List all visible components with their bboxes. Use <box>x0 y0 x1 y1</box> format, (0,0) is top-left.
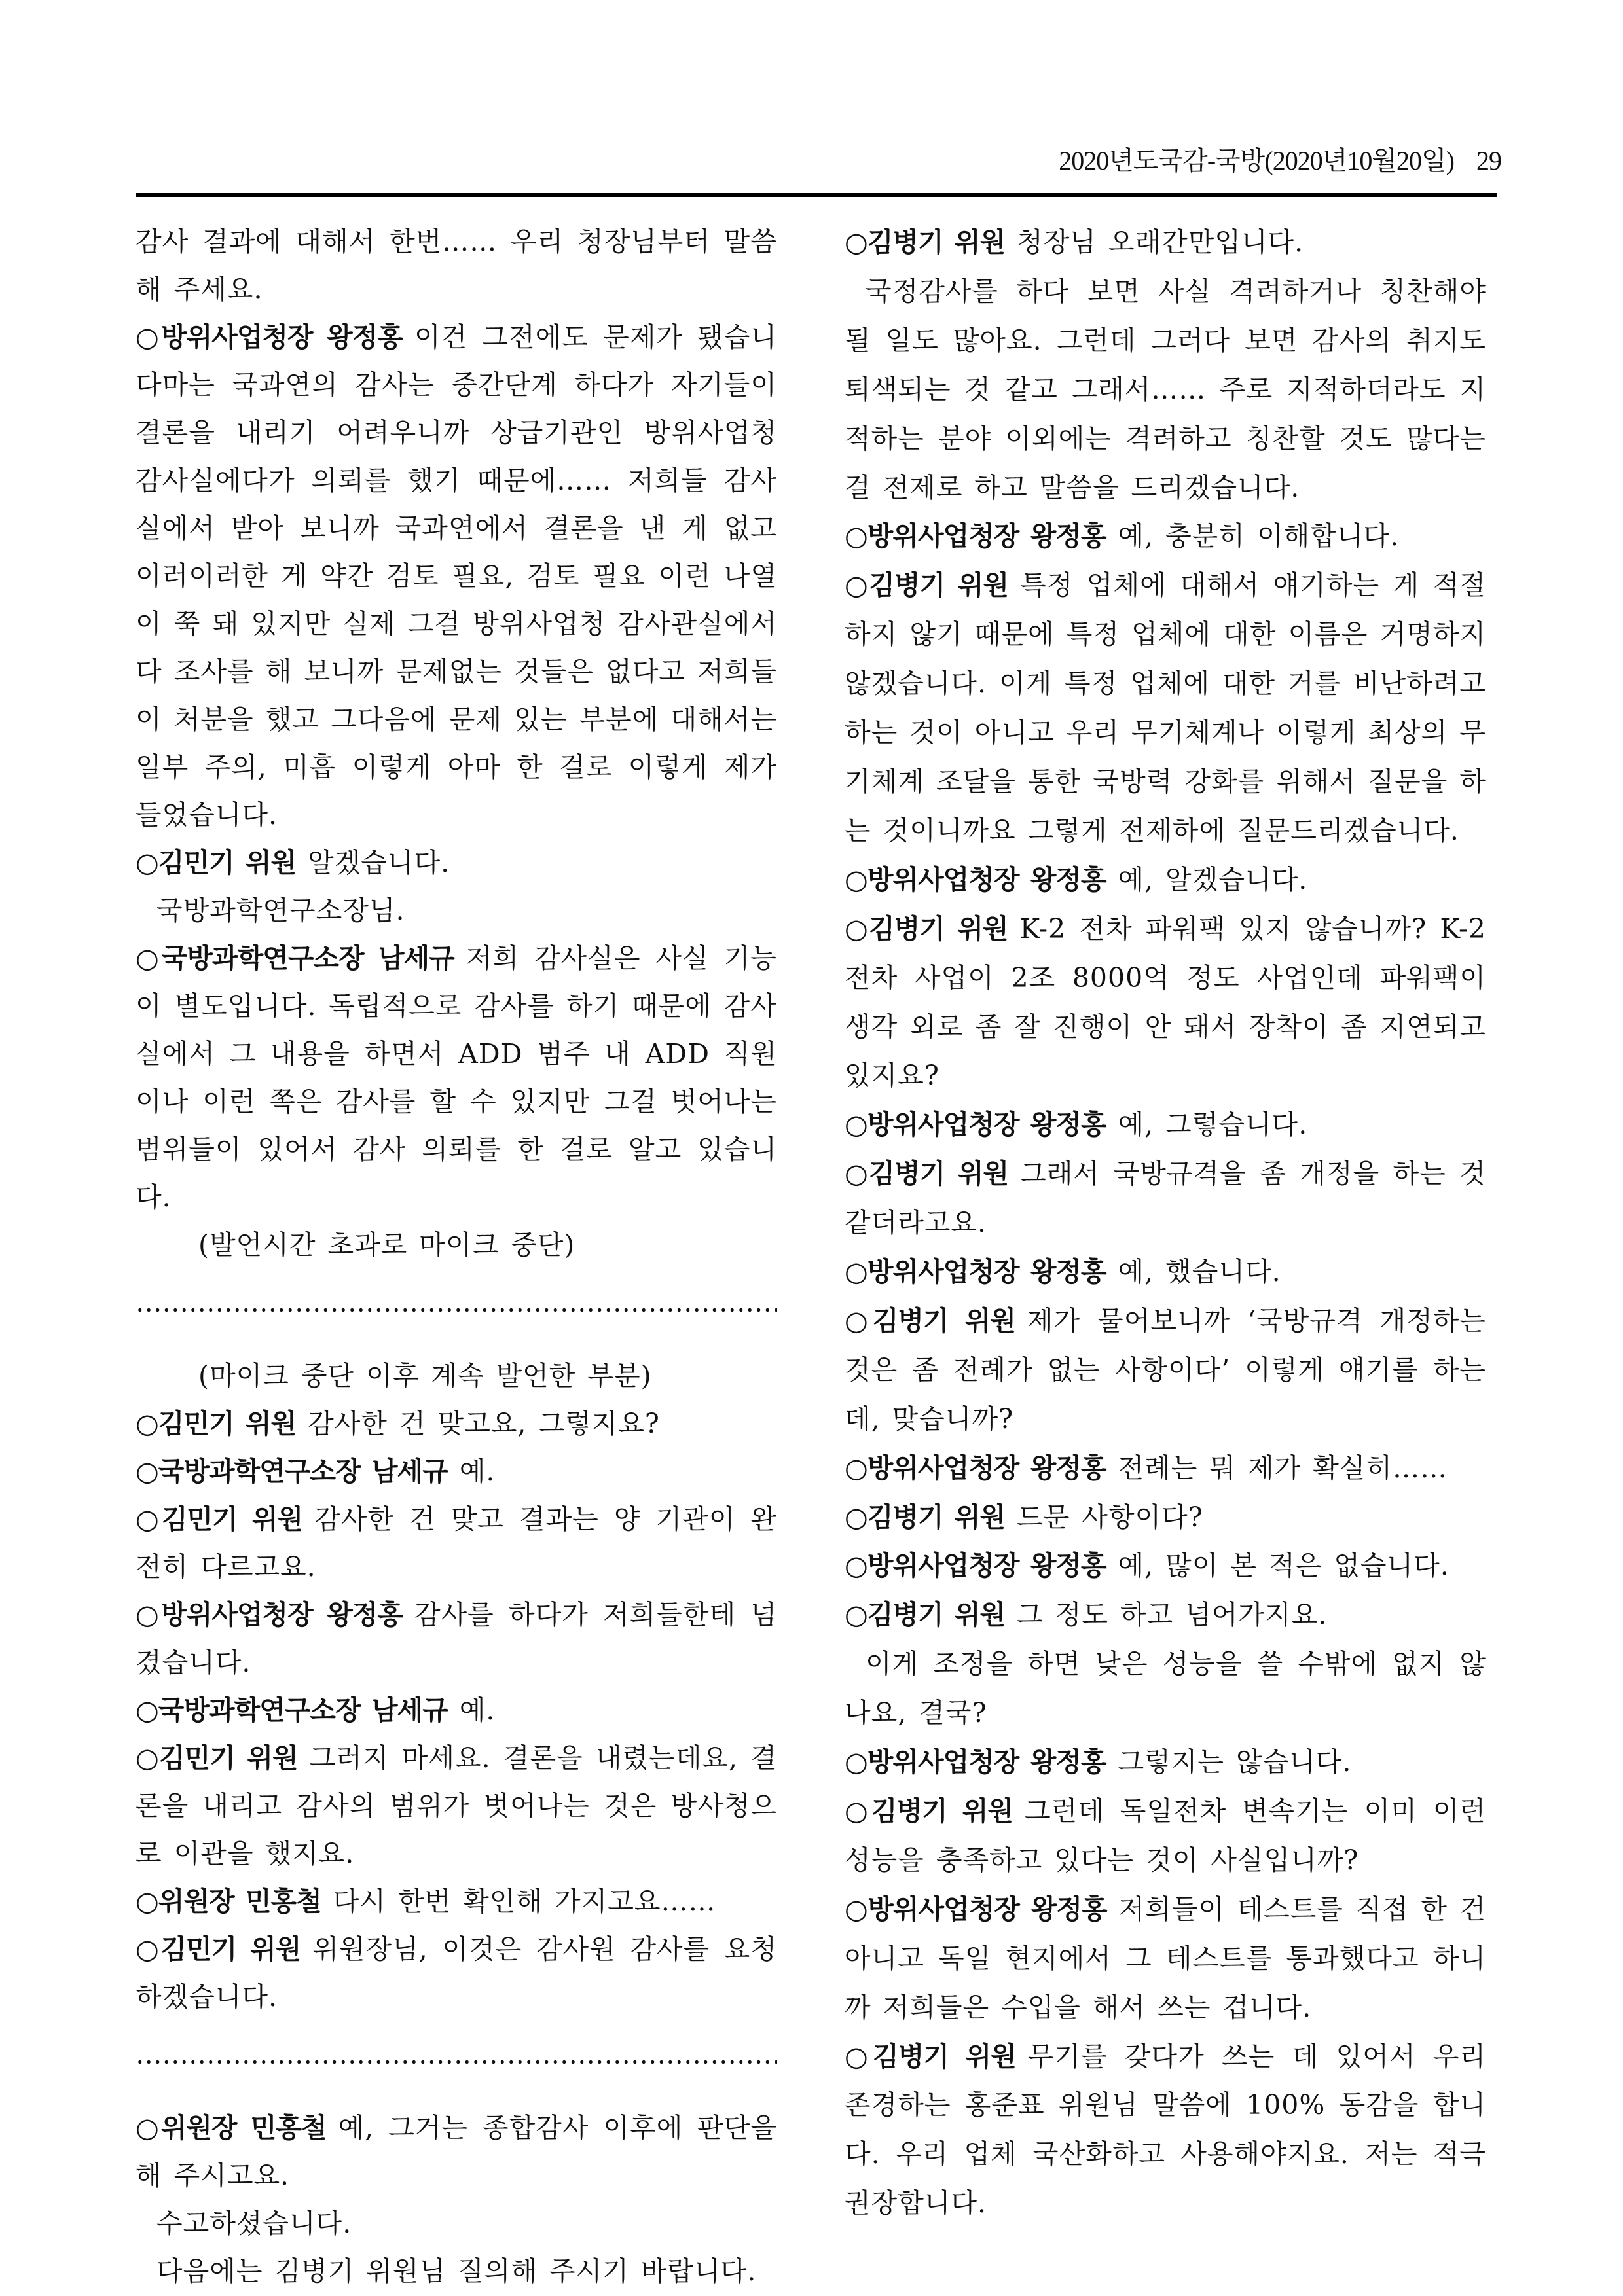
speaker-label: ○방위사업청장 왕정홍 <box>136 1599 403 1630</box>
speaker-name: 김병기 위원 <box>867 1599 1005 1630</box>
speaker-circle-icon: ○ <box>845 1795 871 1827</box>
speaker-circle-icon: ○ <box>845 913 869 944</box>
speaker-circle-icon: ○ <box>845 864 867 895</box>
paragraph-text: 그렇지는 않습니다. <box>1118 1746 1352 1778</box>
paragraph-text: 예. <box>460 1695 496 1726</box>
speaker-name: 방위사업청장 왕정홍 <box>867 864 1106 895</box>
paragraph-text: 감사한 건 맞고요, 그렇지요? <box>308 1408 660 1439</box>
paragraph-text: 이게 조정을 하면 낮은 성능을 쓸 수밖에 없지 않나요, 결국? <box>845 1648 1486 1729</box>
speaker-name: 김민기 위원 <box>160 1933 301 1965</box>
paragraph-text: 예, 많이 본 적은 없습니다. <box>1118 1550 1450 1581</box>
speaker-circle-icon: ○ <box>845 2041 873 2072</box>
speech-paragraph: ○방위사업청장 왕정홍감사를 하다가 저희들한테 넘겼습니다. <box>136 1591 777 1687</box>
speaker-name: 김민기 위원 <box>158 1408 296 1439</box>
stage-note: (마이크 중단 이후 계속 발언한 부분) <box>136 1352 777 1400</box>
speech-paragraph: ○위원장 민홍철다시 한번 확인해 가지고요…… <box>136 1878 777 1926</box>
text-paragraph: 국방과학연구소장님. <box>136 887 777 935</box>
document-title: 2020년도국감-국방(2020년10월20일) <box>1059 146 1454 175</box>
right-column: ○김병기 위원청장님 오래간만입니다.국정감사를 하다 보면 사실 격려하거나 … <box>845 218 1486 2228</box>
speech-paragraph: ○김병기 위원그런데 독일전차 변속기는 이미 이런 성능을 충족하고 있다는 … <box>845 1787 1486 1885</box>
speaker-name: 김병기 위원 <box>873 1305 1015 1336</box>
speech-paragraph: ○방위사업청장 왕정홍예, 했습니다. <box>845 1247 1486 1297</box>
speaker-label: ○김병기 위원 <box>845 226 1005 258</box>
speaker-circle-icon: ○ <box>136 1742 159 1774</box>
speaker-name: 국방과학연구소장 남세규 <box>162 942 454 974</box>
speaker-circle-icon: ○ <box>136 2112 161 2144</box>
speaker-label: ○국방과학연구소장 남세규 <box>136 1456 448 1487</box>
paragraph-text: 그 정도 하고 넘어가지요. <box>1017 1599 1327 1630</box>
speaker-circle-icon: ○ <box>136 1503 162 1535</box>
speaker-circle-icon: ○ <box>136 1408 158 1439</box>
speech-paragraph: ○방위사업청장 왕정홍예, 많이 본 적은 없습니다. <box>845 1541 1486 1590</box>
speaker-label: ○김병기 위원 <box>845 1599 1005 1630</box>
speaker-label: ○방위사업청장 왕정홍 <box>845 1746 1106 1778</box>
speaker-circle-icon: ○ <box>845 226 867 258</box>
speaker-label: ○방위사업청장 왕정홍 <box>845 1550 1106 1581</box>
speaker-name: 위원장 민홍철 <box>161 2112 327 2144</box>
speaker-label: ○위원장 민홍철 <box>136 2112 327 2144</box>
paragraph-text: 청장님 오래간만입니다. <box>1017 226 1304 258</box>
speaker-label: ○방위사업청장 왕정홍 <box>845 1452 1106 1484</box>
speaker-circle-icon: ○ <box>136 847 158 878</box>
paragraph-text: 수고하셨습니다. <box>156 2208 352 2239</box>
speaker-circle-icon: ○ <box>136 1599 161 1630</box>
speech-paragraph: ○방위사업청장 왕정홍예, 알겠습니다. <box>845 855 1486 905</box>
speaker-label: ○김병기 위원 <box>845 1795 1013 1827</box>
paragraph-text: 다시 한번 확인해 가지고요…… <box>333 1886 716 1917</box>
stage-note: (발언시간 초과로 마이크 중단) <box>136 1221 777 1269</box>
speaker-name: 김병기 위원 <box>873 2041 1016 2072</box>
speaker-circle-icon: ○ <box>136 1456 158 1487</box>
speaker-label: ○위원장 민홍철 <box>136 1886 321 1917</box>
speech-paragraph: ○방위사업청장 왕정홍전례는 뭐 제가 확실히…… <box>845 1444 1486 1493</box>
speaker-circle-icon: ○ <box>845 569 869 601</box>
speaker-name: 방위사업청장 왕정홍 <box>867 1452 1106 1484</box>
paragraph-text: 전례는 뭐 제가 확실히…… <box>1118 1452 1448 1484</box>
speaker-circle-icon: ○ <box>845 1550 867 1581</box>
speaker-name: 김민기 위원 <box>159 1742 298 1774</box>
paragraph-text: 예. <box>460 1456 496 1487</box>
text-paragraph: 다음에는 김병기 위원님 질의해 주시기 바랍니다. <box>136 2248 777 2295</box>
speech-paragraph: ○김병기 위원드문 사항이다? <box>845 1493 1486 1542</box>
speaker-circle-icon: ○ <box>136 1933 160 1965</box>
speaker-circle-icon: ○ <box>845 520 867 552</box>
speaker-label: ○김병기 위원 <box>845 1305 1015 1336</box>
speaker-name: 김병기 위원 <box>867 1501 1005 1533</box>
speaker-label: ○국방과학연구소장 남세규 <box>136 1695 448 1726</box>
speech-paragraph: ○방위사업청장 왕정홍예, 충분히 이해합니다. <box>845 512 1486 561</box>
speech-paragraph: ○방위사업청장 왕정홍예, 그렇습니다. <box>845 1100 1486 1149</box>
speaker-name: 김병기 위원 <box>869 913 1008 944</box>
speaker-label: ○방위사업청장 왕정홍 <box>845 1893 1107 1925</box>
speaker-circle-icon: ○ <box>136 1886 158 1917</box>
speech-paragraph: ○김병기 위원제가 물어보니까 ‘국방규격 개정하는 것은 좀 전례가 없는 사… <box>845 1297 1486 1444</box>
speech-paragraph: ○국방과학연구소장 남세규저희 감사실은 사실 기능이 별도입니다. 독립적으로… <box>136 935 777 1221</box>
speaker-circle-icon: ○ <box>845 1256 867 1287</box>
speech-paragraph: ○김병기 위원그래서 국방규격을 좀 개정을 하는 것 같더라고요. <box>845 1149 1486 1247</box>
text-paragraph: 감사 결과에 대해서 한번…… 우리 청장님부터 말씀해 주세요. <box>136 218 777 314</box>
speech-paragraph: ○방위사업청장 왕정홍이건 그전에도 문제가 됐습니다마는 국과연의 감사는 중… <box>136 314 777 839</box>
speaker-circle-icon: ○ <box>845 1109 867 1140</box>
speech-paragraph: ○김병기 위원특정 업체에 대해서 얘기하는 게 적절하지 않기 때문에 특정 … <box>845 561 1486 855</box>
text-paragraph: 이게 조정을 하면 낮은 성능을 쓸 수밖에 없지 않나요, 결국? <box>845 1640 1486 1738</box>
speaker-label: ○김병기 위원 <box>845 2041 1016 2072</box>
speaker-circle-icon: ○ <box>845 1305 873 1336</box>
speaker-label: ○김민기 위원 <box>136 1503 302 1535</box>
speaker-label: ○방위사업청장 왕정홍 <box>845 1256 1106 1287</box>
speaker-name: 방위사업청장 왕정홍 <box>161 321 403 353</box>
left-column: 감사 결과에 대해서 한번…… 우리 청장님부터 말씀해 주세요.○방위사업청장… <box>136 218 777 2295</box>
paragraph-text: 예, 알겠습니다. <box>1118 864 1308 895</box>
dotted-separator <box>136 2021 777 2104</box>
paragraph-text: 국정감사를 하다 보면 사실 격려하거나 칭찬해야 될 일도 많아요. 그런데 … <box>845 276 1486 503</box>
speaker-label: ○방위사업청장 왕정홍 <box>845 520 1106 552</box>
running-head: 2020년도국감-국방(2020년10월20일)29 <box>1059 143 1501 179</box>
speaker-name: 김병기 위원 <box>869 569 1008 601</box>
paragraph-text: 드문 사항이다? <box>1017 1501 1203 1533</box>
speech-paragraph: ○국방과학연구소장 남세규예. <box>136 1687 777 1734</box>
speaker-name: 방위사업청장 왕정홍 <box>867 1746 1106 1778</box>
speaker-name: 김병기 위원 <box>867 226 1005 258</box>
paragraph-text: 이건 그전에도 문제가 됐습니다마는 국과연의 감사는 중간단계 하다가 자기들… <box>136 321 777 831</box>
speaker-circle-icon: ○ <box>845 1599 867 1630</box>
paragraph-text: 예, 그렇습니다. <box>1118 1109 1308 1140</box>
speaker-circle-icon: ○ <box>136 942 162 974</box>
speaker-circle-icon: ○ <box>845 1893 867 1925</box>
speech-paragraph: ○국방과학연구소장 남세규예. <box>136 1448 777 1496</box>
speaker-name: 김민기 위원 <box>158 847 296 878</box>
speaker-label: ○김민기 위원 <box>136 1742 298 1774</box>
speaker-name: 방위사업청장 왕정홍 <box>867 1550 1106 1581</box>
speaker-name: 방위사업청장 왕정홍 <box>161 1599 403 1630</box>
paragraph-text: 다음에는 김병기 위원님 질의해 주시기 바랍니다. <box>156 2255 756 2287</box>
speaker-circle-icon: ○ <box>845 1452 867 1484</box>
speaker-name: 김민기 위원 <box>162 1503 302 1535</box>
speaker-label: ○김민기 위원 <box>136 1933 301 1965</box>
page-number: 29 <box>1476 146 1501 175</box>
paragraph-text: 저희 감사실은 사실 기능이 별도입니다. 독립적으로 감사를 하기 때문에 감… <box>136 942 777 1213</box>
paragraph-text: 예, 했습니다. <box>1118 1256 1281 1287</box>
speaker-name: 방위사업청장 왕정홍 <box>867 1893 1106 1925</box>
speech-paragraph: ○김병기 위원청장님 오래간만입니다. <box>845 218 1486 267</box>
paragraph-text: 특정 업체에 대해서 얘기하는 게 적절하지 않기 때문에 특정 업체에 대한 … <box>845 569 1486 846</box>
speech-paragraph: ○김민기 위원알겠습니다. <box>136 839 777 887</box>
speech-paragraph: ○김민기 위원감사한 건 맞고 결과는 양 기관이 완전히 다르고요. <box>136 1496 777 1591</box>
paragraph-text: 국방과학연구소장님. <box>156 895 405 926</box>
speech-paragraph: ○김병기 위원무기를 갖다가 쓰는 데 있어서 우리 존경하는 홍준표 위원님 … <box>845 2032 1486 2229</box>
text-paragraph: 수고하셨습니다. <box>136 2200 777 2248</box>
speaker-label: ○국방과학연구소장 남세규 <box>136 942 454 974</box>
speech-paragraph: ○위원장 민홍철예, 그거는 종합감사 이후에 판단을 해 주시고요. <box>136 2104 777 2200</box>
paragraph-text: 감사 결과에 대해서 한번…… 우리 청장님부터 말씀해 주세요. <box>136 226 777 305</box>
paragraph-text: (마이크 중단 이후 계속 발언한 부분) <box>198 1360 652 1391</box>
speech-paragraph: ○김민기 위원감사한 건 맞고요, 그렇지요? <box>136 1400 777 1448</box>
speaker-name: 방위사업청장 왕정홍 <box>867 1256 1106 1287</box>
speaker-circle-icon: ○ <box>845 1158 869 1189</box>
speaker-circle-icon: ○ <box>845 1501 867 1533</box>
speaker-label: ○방위사업청장 왕정홍 <box>845 864 1106 895</box>
speech-paragraph: ○방위사업청장 왕정홍저희들이 테스트를 직접 한 건 아니고 독일 현지에서 … <box>845 1885 1486 2032</box>
speech-paragraph: ○방위사업청장 왕정홍그렇지는 않습니다. <box>845 1738 1486 1787</box>
speaker-name: 김병기 위원 <box>871 1795 1013 1827</box>
speech-paragraph: ○김병기 위원그 정도 하고 넘어가지요. <box>845 1590 1486 1640</box>
speaker-name: 방위사업청장 왕정홍 <box>867 1109 1106 1140</box>
speech-paragraph: ○김병기 위원K-2 전차 파워팩 있지 않습니까? K-2 전차 사업이 2조… <box>845 905 1486 1101</box>
speaker-label: ○김병기 위원 <box>845 1501 1005 1533</box>
speaker-name: 방위사업청장 왕정홍 <box>867 520 1106 552</box>
speech-paragraph: ○김민기 위원위원장님, 이것은 감사원 감사를 요청하겠습니다. <box>136 1926 777 2021</box>
speaker-name: 위원장 민홍철 <box>158 1886 321 1917</box>
speaker-label: ○방위사업청장 왕정홍 <box>136 321 403 353</box>
speaker-name: 김병기 위원 <box>869 1158 1008 1189</box>
speaker-circle-icon: ○ <box>136 321 161 353</box>
speaker-circle-icon: ○ <box>136 1695 158 1726</box>
speaker-label: ○김병기 위원 <box>845 913 1008 944</box>
speaker-name: 국방과학연구소장 남세규 <box>158 1456 448 1487</box>
speaker-label: ○김병기 위원 <box>845 1158 1008 1189</box>
speaker-label: ○김민기 위원 <box>136 847 296 878</box>
speaker-label: ○김병기 위원 <box>845 569 1008 601</box>
dotted-separator <box>136 1269 777 1352</box>
paragraph-text: (발언시간 초과로 마이크 중단) <box>198 1229 575 1261</box>
paragraph-text: 예, 충분히 이해합니다. <box>1118 520 1400 552</box>
speaker-name: 국방과학연구소장 남세규 <box>158 1695 448 1726</box>
text-paragraph: 국정감사를 하다 보면 사실 격려하거나 칭찬해야 될 일도 많아요. 그런데 … <box>845 267 1486 512</box>
speaker-circle-icon: ○ <box>845 1746 867 1778</box>
speaker-label: ○방위사업청장 왕정홍 <box>845 1109 1106 1140</box>
paragraph-text: 알겠습니다. <box>308 847 450 878</box>
header-rule <box>136 193 1497 197</box>
speech-paragraph: ○김민기 위원그러지 마세요. 결론을 내렸는데요, 결론을 내리고 감사의 범… <box>136 1734 777 1878</box>
speaker-label: ○김민기 위원 <box>136 1408 296 1439</box>
